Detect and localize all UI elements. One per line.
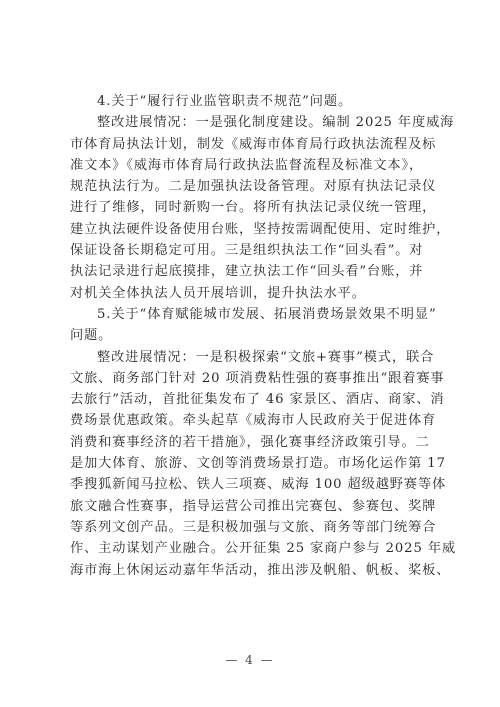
text-line: 准文本》《威海市体育局行政执法监督流程及标准文本》， [70,155,452,176]
text-line: 季搜狐新闻马拉松、铁人三项赛、威海 100 超级越野赛等体 [70,474,452,495]
page-number: — 4 — [0,653,500,667]
document-body: 4.关于“履行行业监管职责不规范”问题。整改进展情况：一是强化制度建设。编制 2… [70,91,452,581]
text-line: 4.关于“履行行业监管职责不规范”问题。 [70,91,452,112]
text-line: 规范执法行为。二是加强执法设备管理。对原有执法记录仪 [70,176,452,197]
text-line: 旅文融合性赛事，指导运营公司推出完赛包、参赛包、奖牌 [70,496,452,517]
text-line: 海市海上休闲运动嘉年华活动，推出涉及帆船、帆板、桨板、 [70,560,452,581]
text-line: 消费和赛事经济的若干措施》，强化赛事经济政策引导。二 [70,432,452,453]
text-line: 整改进展情况：一是积极探索“文旅+赛事”模式，联合 [70,347,452,368]
text-line: 费场景优惠政策。牵头起草《威海市人民政府关于促进体育 [70,410,452,431]
text-line: 对机关全体执法人员开展培训，提升执法水平。 [70,283,452,304]
text-line: 作、主动谋划产业融合。公开征集 25 家商户参与 2025 年威 [70,538,452,559]
text-line: 整改进展情况：一是强化制度建设。编制 2025 年度威海 [70,112,452,133]
text-line: 问题。 [70,325,452,346]
text-line: 保证设备长期稳定可用。三是组织执法工作“回头看”。对 [70,240,452,261]
text-line: 等系列文创产品。三是积极加强与文旅、商务等部门统筹合 [70,517,452,538]
text-line: 文旅、商务部门针对 20 项消费粘性强的赛事推出“跟着赛事 [70,368,452,389]
text-line: 进行了维修，同时新购一台。将所有执法记录仪统一管理， [70,197,452,218]
text-line: 建立执法硬件设备使用台账，坚持按需调配使用、定时维护， [70,219,452,240]
text-line: 是加大体育、旅游、文创等消费场景打造。市场化运作第 17 [70,453,452,474]
text-line: 执法记录进行起底摸排，建立执法工作“回头看”台账，并 [70,261,452,282]
text-line: 5.关于“体育赋能城市发展、拓展消费场景效果不明显” [70,304,452,325]
document-page: 4.关于“履行行业监管职责不规范”问题。整改进展情况：一是强化制度建设。编制 2… [0,0,500,707]
text-line: 去旅行”活动，首批征集发布了 46 家景区、酒店、商家、消 [70,389,452,410]
text-line: 市体育局执法计划，制发《威海市体育局行政执法流程及标 [70,134,452,155]
